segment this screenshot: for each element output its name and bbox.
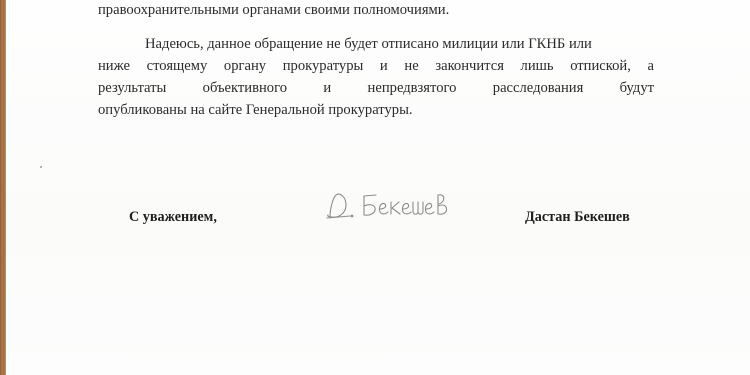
paragraph-line-3: результаты объективного и непредвзятого … [98,78,654,98]
paragraph-line-2: ниже стоящему органу прокуратуры и не за… [98,56,654,76]
handwritten-signature [324,187,454,221]
previous-paragraph-end: правоохранительными органами своими полн… [98,0,654,20]
closing-salutation: С уважением, [129,209,217,226]
paragraph-line-3-text: результаты объективного и непредвзятого … [98,80,654,96]
paragraph-line-1: Надеюсь, данное обращение не будет отпис… [145,34,654,54]
author-name: Дастан Бекешев [525,209,630,226]
paragraph-line-4: опубликованы на сайте Генеральной прокур… [98,100,654,120]
document-photo: правоохранительными органами своими полн… [0,0,750,375]
paper-speck [40,166,42,168]
letter-page: правоохранительными органами своими полн… [6,0,750,375]
